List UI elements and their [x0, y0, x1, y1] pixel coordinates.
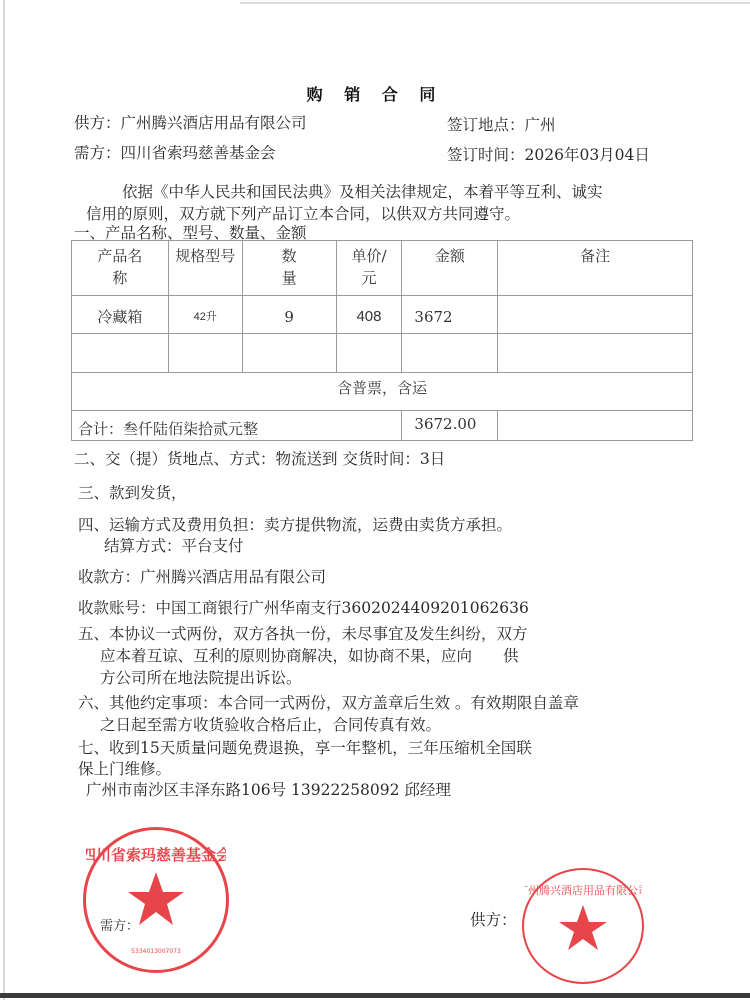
- cell-amount: 3672: [402, 296, 498, 334]
- header-product-name: 产品名称: [72, 241, 169, 296]
- star-icon: 四川省索玛慈善基金会 5334013007073: [86, 830, 226, 970]
- clause-6-line-1: 六、其他约定事项：本合同一式两份，双方盖章后生效 。有效期限自盖章: [78, 693, 579, 713]
- product-table: 产品名称 规格型号 数量 单价/元 金额 备注 冷藏箱 42升 9 408 36…: [71, 240, 693, 441]
- header-spec: 规格型号: [168, 241, 242, 296]
- cell-total-amount: 3672.00: [402, 411, 498, 441]
- payee: 收款方：广州腾兴酒店用品有限公司: [78, 567, 326, 587]
- supplier-label: 供方：: [74, 114, 121, 132]
- star-icon: 广州腾兴酒店用品有限公司: [524, 870, 642, 982]
- sign-time-line: 签订时间：2026年03月04日: [447, 145, 650, 165]
- svg-text:5334013007073: 5334013007073: [131, 948, 181, 955]
- cell-unit-price: 408: [336, 296, 402, 334]
- scan-edge-left: [3, 0, 5, 1000]
- cell-spec: 42升: [168, 296, 242, 334]
- cell-empty: [72, 334, 169, 373]
- cell-empty: [498, 334, 693, 373]
- buyer-label: 需方：: [74, 144, 121, 162]
- buyer-name: 四川省索玛慈善基金会: [121, 144, 276, 162]
- clause-4-line-1: 四、运输方式及费用负担：卖方提供物流，运费由卖货方承担。: [78, 515, 512, 535]
- bank-account: 收款账号：中国工商银行广州华南支行3602024409201062636: [78, 598, 529, 618]
- cell-empty: [402, 334, 498, 373]
- cell-merged-note: 含普票，含运: [72, 373, 693, 411]
- sign-time-label: 签订时间：: [447, 146, 525, 164]
- scan-edge-bottom: [0, 993, 750, 998]
- cell-note: [498, 296, 693, 334]
- header-unit-price: 单价/元: [336, 241, 402, 296]
- sign-place-line: 签订地点：广州: [447, 115, 556, 135]
- clause-4-line-2: 结算方式：平台支付: [104, 536, 244, 556]
- sign-place: 广州: [525, 116, 556, 134]
- sign-time: 2026年03月04日: [525, 146, 650, 164]
- header-amount: 金额: [402, 241, 498, 296]
- table-row-empty: [72, 334, 693, 373]
- cell-qty: 9: [242, 296, 336, 334]
- clause-6-line-2: 之日起至需方收货验收合格后止，合同传真有效。: [100, 715, 441, 735]
- cell-empty: [242, 334, 336, 373]
- document-title: 购 销 合 同: [0, 82, 750, 105]
- clause-3: 三、款到发货，: [78, 483, 187, 503]
- table-merged-row: 含普票，含运: [72, 373, 693, 411]
- table-row: 冷藏箱 42升 9 408 3672: [72, 296, 693, 334]
- clause-5-line-2: 应本着互谅、互利的原则协商解决，如协商不果，应向 供: [100, 646, 519, 666]
- clause-7-line-1: 七、收到15天质量问题免费退换，享一年整机，三年压缩机全国联: [78, 738, 532, 758]
- sign-place-label: 签订地点：: [447, 116, 525, 134]
- table-header-row: 产品名称 规格型号 数量 单价/元 金额 备注: [72, 241, 693, 296]
- header-note: 备注: [498, 241, 693, 296]
- supplier-line: 供方：广州腾兴酒店用品有限公司: [74, 113, 307, 133]
- header-qty: 数量: [242, 241, 336, 296]
- clause-7-line-2: 保上门维修。: [78, 759, 171, 779]
- scan-edge-top: [240, 2, 750, 4]
- preamble-line-1: 依据《中华人民共和国民法典》及相关法律规定，本着平等互利、诚实: [122, 182, 603, 202]
- cell-empty: [168, 334, 242, 373]
- supplier-name: 广州腾兴酒店用品有限公司: [121, 114, 307, 132]
- cell-product-name: 冷藏箱: [72, 296, 169, 334]
- clause-2: 二、交（提）货地点、方式：物流送到 交货时间：3日: [74, 449, 445, 469]
- preamble-line-2: 信用的原则，双方就下列产品订立本合同，以供双方共同遵守。: [86, 204, 520, 224]
- cell-total-note: [498, 411, 693, 441]
- supplier-address: 广州市南沙区丰泽东路106号 13922258092 邱经理: [86, 780, 451, 800]
- cell-empty: [336, 334, 402, 373]
- buyer-stamp: 四川省索玛慈善基金会 5334013007073: [83, 827, 229, 973]
- clause-5-line-3: 方公司所在地法院提出诉讼。: [100, 668, 302, 688]
- table-total-row: 合计：叁仟陆佰柒拾贰元整 3672.00: [72, 411, 693, 441]
- buyer-signature-label: 需方：: [100, 917, 139, 937]
- clause-5-line-1: 五、本协议一式两份，双方各执一份，未尽事宜及发生纠纷，双方: [78, 624, 528, 644]
- svg-text:四川省索玛慈善基金会: 四川省索玛慈善基金会: [86, 846, 226, 864]
- cell-total-label: 合计：叁仟陆佰柒拾贰元整: [72, 411, 402, 441]
- supplier-stamp: 广州腾兴酒店用品有限公司: [522, 868, 644, 984]
- supplier-signature-label: 供方：: [470, 910, 517, 930]
- svg-text:广州腾兴酒店用品有限公司: 广州腾兴酒店用品有限公司: [524, 883, 642, 897]
- buyer-line: 需方：四川省索玛慈善基金会: [74, 143, 276, 163]
